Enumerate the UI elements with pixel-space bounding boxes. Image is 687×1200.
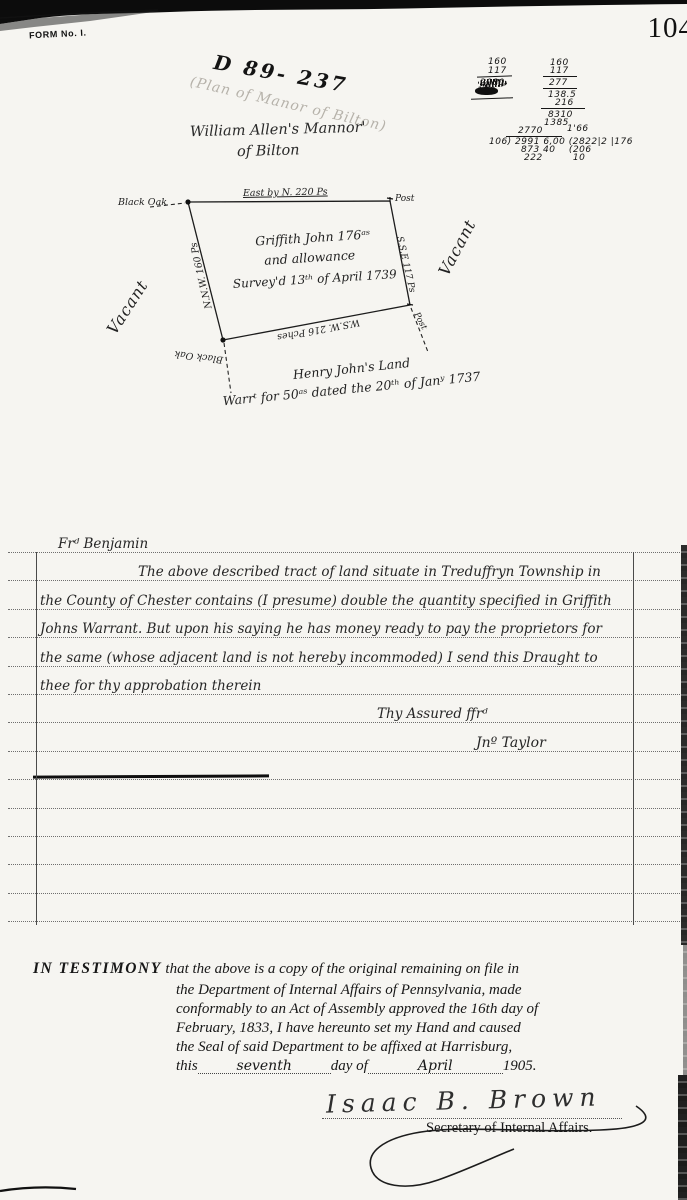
edge-label-west: N.N.W. 160 Ps [189, 241, 215, 311]
calc-right-line1 [543, 76, 577, 77]
tract-interior-line2: and allowance [264, 247, 356, 268]
vertical-rule [633, 552, 634, 925]
ruled-line [8, 666, 680, 667]
heavy-rule-fragment [33, 774, 269, 778]
form-number-label: FORM No. I. [29, 27, 87, 40]
tract-title-line2: of Bilton [158, 140, 378, 162]
edge-label-east: S.S.E 117 Ps [394, 235, 417, 293]
ruled-line [8, 694, 680, 695]
document-page: { "meta": { "form_label": "FORM No. I.",… [0, 0, 687, 1200]
tract-title: William Allen's Mannor' of Bilton [178, 119, 379, 161]
ruled-line [8, 751, 680, 752]
vertical-rule [36, 552, 37, 925]
date-day-fill: seventh [198, 1060, 331, 1074]
letter-closing: Thy Assured ffrᵈ [377, 706, 488, 722]
black-oak-marker-tl [185, 199, 190, 204]
secretary-title: Secretary of Internal Affairs. [426, 1120, 592, 1137]
secretary-signature: Isaac B. Brown [326, 1082, 602, 1118]
date-prefix: this [176, 1058, 198, 1074]
letter-body-line5: thee for thy approbation therein [40, 678, 261, 694]
edge-label-south: W.S.W. 216 Pches [276, 316, 361, 342]
letter-salutation: Frᵈ Benjamin [58, 536, 148, 552]
corner-label-black-oak-bl: Black Oak [173, 348, 224, 365]
ruled-line [8, 864, 680, 865]
calc-right-117: 117 [550, 67, 569, 75]
corner-label-black-oak-tl: Black Oak [117, 197, 167, 208]
vacant-label-left: Vacant [103, 276, 152, 337]
ruled-line [8, 779, 680, 780]
ruled-line [8, 637, 680, 638]
torn-top-edge [0, 0, 687, 24]
date-month-fill: April [368, 1060, 503, 1074]
corner-label-post-tr: Post [394, 194, 415, 204]
calc-left-row-160: 160 [488, 58, 507, 66]
calc-right-line3 [541, 108, 585, 109]
ruled-line [8, 580, 680, 581]
testimony-line5: the Seal of said Department to be affixe… [176, 1038, 512, 1057]
testimony-line3: conformably to an Act of Assembly approv… [176, 1000, 538, 1019]
letter-body-line2: the County of Chester contains (I presum… [40, 593, 612, 609]
calc-left-struck-2: 190 [477, 87, 496, 95]
tract-interior-line3: Survey'd 13ᵗʰ of April 1739 [232, 267, 397, 291]
signature-dotted-line [322, 1118, 622, 1119]
page-edge-artifact-low [683, 945, 687, 1075]
dashed-line-south [224, 343, 231, 393]
calc-right-line2 [543, 88, 577, 89]
ruled-line [8, 836, 680, 837]
tract-interior-line1: Griffith John 176ᵃˢ [255, 227, 371, 249]
ruled-line [8, 893, 680, 894]
ruled-line [8, 921, 680, 922]
testimony-line1: IN TESTIMONY that the above is a copy of… [33, 959, 519, 979]
ruled-line [8, 722, 680, 723]
calc-right-216: 216 [555, 99, 574, 107]
date-middle: day of [331, 1058, 368, 1074]
calc-left-line2 [471, 97, 513, 99]
vacant-label-right: Vacant [434, 216, 479, 279]
calc-right-2770: 2770 [518, 127, 543, 135]
testimony-date-line: thisseventhday ofApril1905. [176, 1057, 537, 1076]
testimony-line2: the Department of Internal Affairs of Pe… [176, 981, 522, 1000]
letter-body-line1: The above described tract of land situat… [138, 564, 601, 580]
ruled-line [8, 808, 680, 809]
edge-label-north: East by N. 220 Ps [242, 187, 328, 199]
calc-right-1385: 1385 [544, 119, 569, 127]
torn-top-hairline [0, 10, 158, 18]
ruled-line [8, 609, 680, 610]
black-oak-marker-bl [220, 337, 225, 342]
testimony-line4: February, 1833, I have hereunto set my H… [176, 1019, 521, 1038]
letter-body-line3: Johns Warrant. But upon his saying he ha… [40, 621, 602, 637]
testimony-line1-rest: that the above is a copy of the original… [165, 961, 519, 977]
page-number: 104 [648, 12, 687, 45]
calc-division-row3: 222 10 [524, 154, 585, 162]
corner-label-post-br: Post [411, 310, 429, 332]
survey-plat: Black Oak Post Post Black Oak East by N.… [100, 180, 520, 415]
ruled-line [8, 552, 680, 553]
bottom-left-mark [0, 1187, 76, 1191]
calc-right-277: 277 [549, 79, 568, 87]
tract-title-line1: William Allen's Mannor' [178, 119, 378, 140]
calc-left-row-117: 117 [488, 67, 507, 75]
page-edge-artifact-mid [681, 545, 687, 945]
testimony-lead: IN TESTIMONY [33, 960, 162, 977]
letter-signer: Jnº Taylor [476, 735, 546, 751]
date-year: 1905. [503, 1058, 537, 1074]
letter-body-line4: the same (whose adjacent land is not her… [40, 650, 598, 666]
calc-carry: 1'66 [567, 125, 589, 133]
page-edge-artifact-bottom [678, 1075, 687, 1200]
